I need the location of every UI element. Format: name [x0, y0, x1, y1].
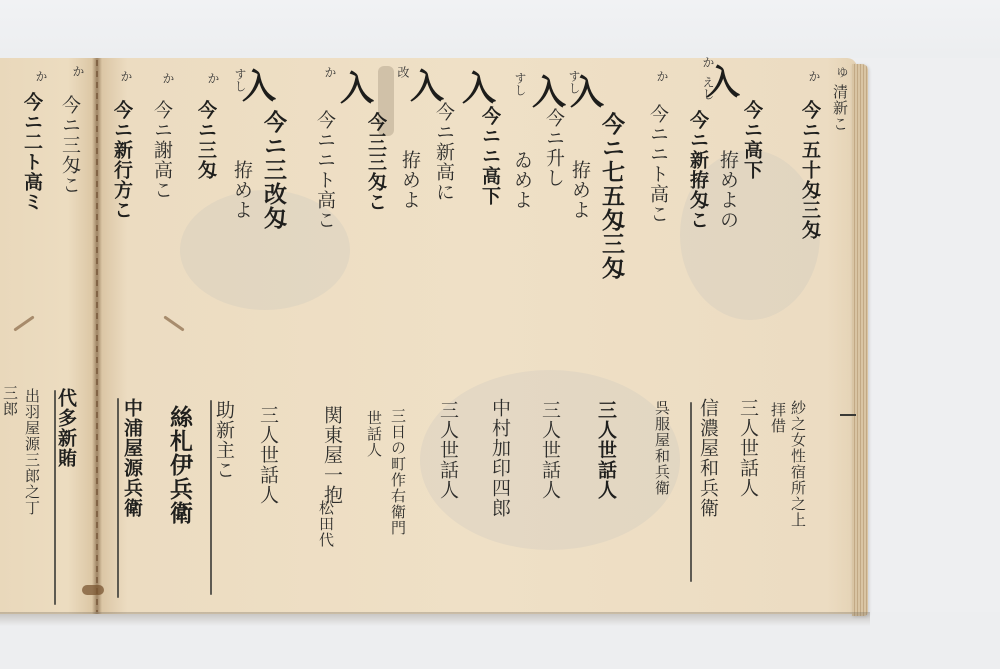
text-column-sub: 拵めよの: [718, 150, 737, 230]
page-edges: [852, 64, 868, 616]
text-column: 出羽屋源三郎之丁: [24, 388, 39, 516]
book-shadow: [0, 612, 870, 626]
entry-hook-mark: 入: [570, 76, 604, 110]
text-column-sub: 世話人: [366, 410, 381, 458]
entry-hook-mark: 入: [242, 70, 276, 104]
column-divider: [210, 400, 212, 595]
text-column-sub: ゐめよ: [512, 150, 531, 210]
text-column: 三人世話人: [258, 405, 277, 505]
text-column: 信濃屋和兵衛: [698, 398, 717, 518]
text-column: 今ニ新拵匁こ: [688, 110, 707, 230]
column-mark: か: [33, 70, 50, 82]
text-column: 清新こ: [832, 84, 847, 132]
text-column-sub: 拝借: [770, 402, 785, 434]
text-column: 今ニ新行方こ: [112, 100, 131, 220]
column-divider: [117, 398, 119, 598]
left-page: [0, 58, 97, 614]
text-column: 三人世話人: [438, 400, 457, 500]
text-column: 代多新賄: [56, 388, 75, 468]
column-mark: すし: [512, 72, 529, 96]
text-column: 今ニニト高こ: [315, 110, 334, 230]
text-column: 今ニ二ト高ミ: [22, 92, 41, 212]
text-column: 助新主こ: [214, 400, 233, 480]
text-column: 中村加印四郎: [490, 398, 509, 518]
text-column-sub: 松田代: [318, 500, 333, 548]
text-column: 今ニ新高に: [434, 102, 453, 202]
column-divider: [54, 390, 56, 605]
text-column-sub: 拵めよ: [400, 150, 419, 210]
column-divider: [690, 402, 692, 582]
text-column: 今ニ升し: [544, 108, 563, 188]
dash-mark: [840, 414, 856, 416]
column-mark: か: [806, 70, 823, 82]
text-column: 関東屋一抱: [322, 405, 341, 505]
text-column: 今ニ五十匁三匁: [800, 100, 819, 240]
background-top: [0, 0, 1000, 58]
column-mark: か: [700, 56, 717, 68]
column-mark: か: [205, 72, 222, 84]
entry-hook-mark: 入: [706, 66, 740, 100]
binding-thread: [96, 60, 98, 612]
text-column: 今ニ三匁こ: [60, 95, 79, 195]
column-mark: か: [118, 70, 135, 82]
entry-hook-mark: 入: [340, 72, 374, 106]
column-mark: ゆ: [834, 66, 851, 78]
text-column: 今ニ高下: [742, 100, 761, 180]
text-column: 今ニニト高こ: [648, 104, 667, 224]
text-column: 中浦屋源兵衛: [122, 398, 141, 518]
text-column: 三人世話人: [540, 400, 559, 500]
column-mark: か: [70, 65, 87, 77]
text-column: 今三三匁こ: [366, 112, 385, 212]
column-mark: か: [654, 70, 671, 82]
binding-hole: [82, 585, 104, 595]
text-column: 今ニニ高下: [480, 106, 499, 206]
text-column: 三人世話人: [596, 400, 615, 500]
column-mark: か: [160, 72, 177, 84]
text-column: 今ニ謝高こ: [152, 100, 171, 200]
text-column: 紗之女性宿所之上: [790, 400, 805, 528]
text-column: 呉服屋和兵衛: [654, 400, 669, 496]
text-column: 今ニ三匁: [196, 100, 215, 180]
text-column: 三日の町作右衛門: [390, 408, 405, 536]
text-column-sub: 拵めよ: [232, 160, 251, 220]
text-column: 今ニ三改匁: [262, 110, 285, 230]
entry-hook-mark: 入: [410, 70, 444, 104]
text-column-sub: 拵めよ: [570, 160, 589, 220]
text-column: 三人世話人: [738, 398, 757, 498]
column-mark: か: [322, 66, 339, 78]
text-column: 絲札伊兵衛: [168, 405, 191, 525]
text-column: 三郎: [2, 385, 17, 417]
entry-hook-mark: 入: [532, 76, 566, 110]
text-column: 今ニ七五匁三匁: [600, 112, 623, 280]
entry-hook-mark: 入: [462, 72, 496, 106]
